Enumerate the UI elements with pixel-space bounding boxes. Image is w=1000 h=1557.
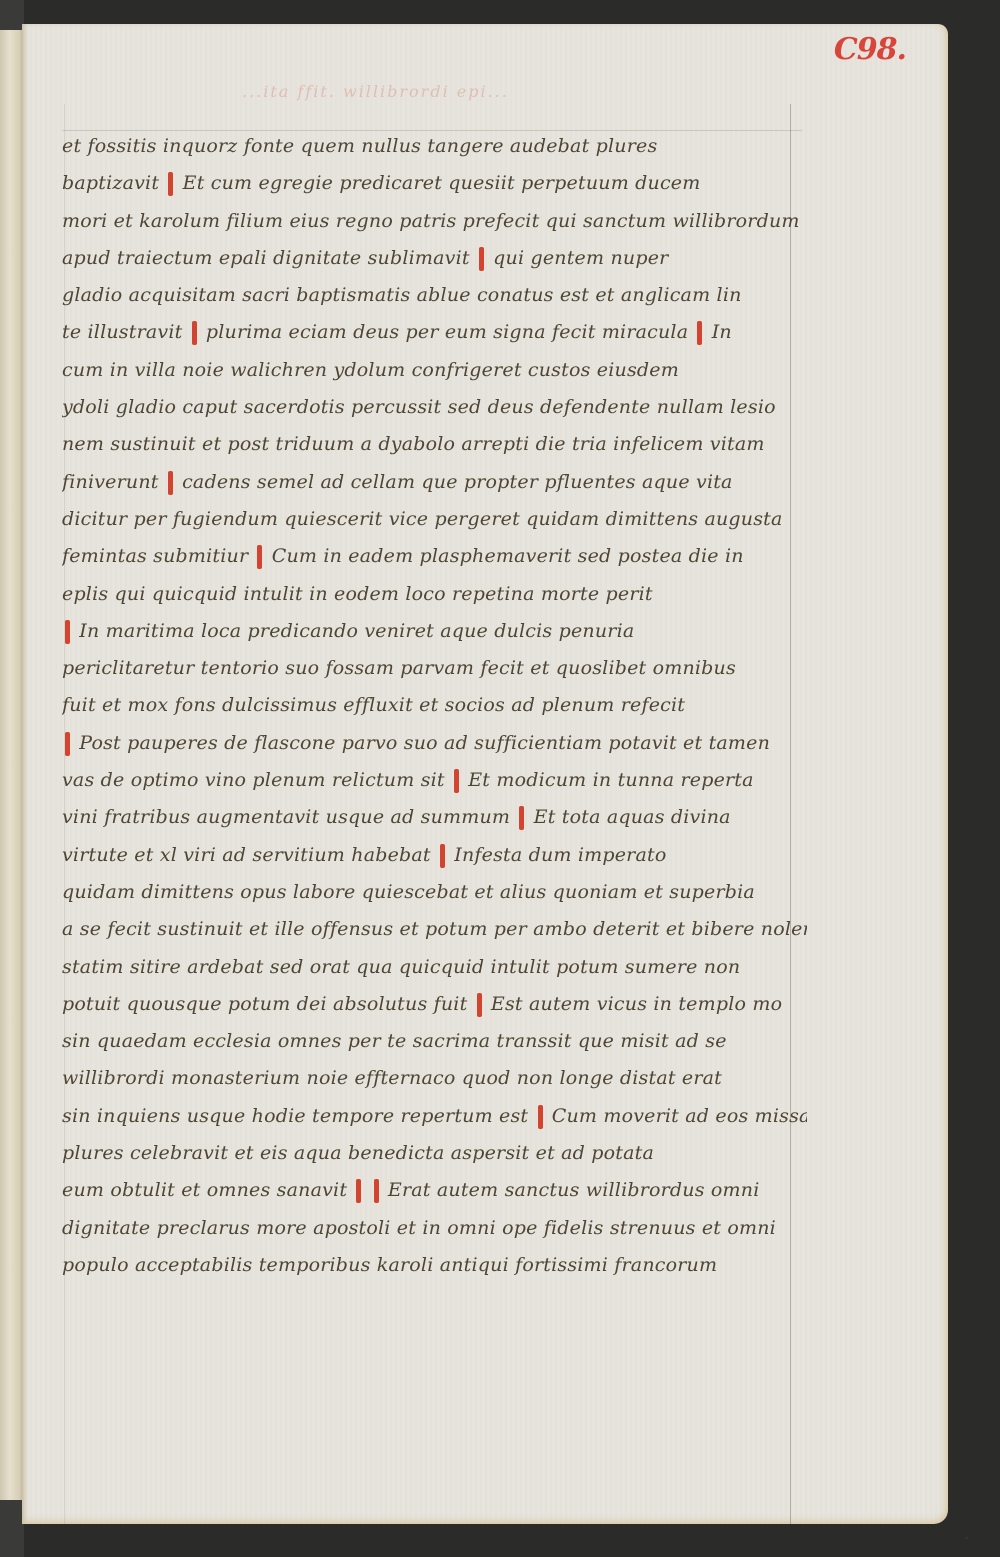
rubric-mark-icon — [192, 321, 197, 345]
rubric-mark-icon — [168, 471, 173, 495]
offset-bleed-text: ...ita ffit. willibrordi epi... — [242, 82, 509, 101]
manuscript-line: baptizavit Et cum egregie predicaret que… — [62, 165, 807, 202]
line-text: cadens semel ad cellam que propter pflue… — [176, 471, 733, 493]
manuscript-line: fuit et mox fons dulcissimus effluxit et… — [62, 687, 807, 724]
rubric-mark-icon — [538, 1105, 543, 1129]
manuscript-line: periclitaretur tentorio suo fossam parva… — [62, 650, 807, 687]
manuscript-line: dicitur per fugiendum quiescerit vice pe… — [62, 501, 807, 538]
line-text: te illustravit — [62, 321, 189, 343]
line-text: Et tota aquas divina — [527, 806, 730, 828]
rubric-mark-icon — [454, 769, 459, 793]
line-text: a se fecit sustinuit et ille offensus et… — [62, 918, 807, 940]
manuscript-line: ydoli gladio caput sacerdotis percussit … — [62, 389, 807, 426]
line-text: baptizavit — [62, 172, 165, 194]
manuscript-line: eplis qui quicquid intulit in eodem loco… — [62, 576, 807, 613]
binding-bottom-shadow — [0, 1500, 24, 1557]
line-text: In — [705, 321, 731, 343]
manuscript-line: gladio acquisitam sacri baptismatis ablu… — [62, 277, 807, 314]
line-text: Et cum egregie predicaret quesiit perpet… — [176, 172, 700, 194]
manuscript-line: et fossitis inquorz fonte quem nullus ta… — [62, 128, 807, 165]
binding-gutter — [0, 0, 24, 1557]
rubric-mark-icon — [356, 1179, 361, 1203]
manuscript-line: virtute et xl viri ad servitium habebat … — [62, 837, 807, 874]
line-text: apud traiectum epali dignitate sublimavi… — [62, 247, 476, 269]
manuscript-line: finiverunt cadens semel ad cellam que pr… — [62, 464, 807, 501]
text-block: et fossitis inquorz fonte quem nullus ta… — [62, 128, 807, 1284]
manuscript-line: Post pauperes de flascone parvo suo ad s… — [62, 725, 807, 762]
line-text: populo acceptabilis temporibus karoli an… — [62, 1254, 717, 1276]
line-text: Cum in eadem plasphemaverit sed postea d… — [265, 545, 743, 567]
manuscript-line: mori et karolum filium eius regno patris… — [62, 203, 807, 240]
manuscript-line: vini fratribus augmentavit usque ad summ… — [62, 799, 807, 836]
rubric-mark-icon — [479, 247, 484, 271]
line-text: statim sitire ardebat sed orat qua quicq… — [62, 956, 740, 978]
rubric-mark-icon — [477, 993, 482, 1017]
manuscript-line: a se fecit sustinuit et ille offensus et… — [62, 911, 807, 948]
line-text: Post pauperes de flascone parvo suo ad s… — [73, 732, 770, 754]
line-text: vini fratribus augmentavit usque ad summ… — [62, 806, 516, 828]
line-text: Cum moverit ad eos missas — [546, 1105, 807, 1127]
line-text: plures celebravit et eis aqua benedicta … — [62, 1142, 654, 1164]
manuscript-line: potuit quousque potum dei absolutus fuit… — [62, 986, 807, 1023]
rubric-mark-icon — [374, 1179, 379, 1203]
line-text: gladio acquisitam sacri baptismatis ablu… — [62, 284, 742, 306]
line-text: sin inquiens usque hodie tempore repertu… — [62, 1105, 535, 1127]
line-text — [364, 1179, 370, 1201]
line-text: dignitate preclarus more apostoli et in … — [62, 1217, 776, 1239]
manuscript-line: vas de optimo vino plenum relictum sit E… — [62, 762, 807, 799]
line-text: finiverunt — [62, 471, 165, 493]
line-text: Et modicum in tunna reperta — [462, 769, 754, 791]
manuscript-line: statim sitire ardebat sed orat qua quicq… — [62, 949, 807, 986]
manuscript-page: C98. ...ita ffit. willibrordi epi... et … — [22, 24, 948, 1524]
line-text: dicitur per fugiendum quiescerit vice pe… — [62, 508, 783, 530]
rubric-mark-icon — [697, 321, 702, 345]
rubric-mark-icon — [168, 172, 173, 196]
line-text: qui gentem nuper — [487, 247, 669, 269]
line-text: plurima eciam deus per eum signa fecit m… — [200, 321, 695, 343]
line-text: fuit et mox fons dulcissimus effluxit et… — [62, 694, 685, 716]
rubric-mark-icon — [440, 844, 445, 868]
line-text: nem sustinuit et post triduum a dyabolo … — [62, 433, 765, 455]
line-text: et fossitis inquorz fonte quem nullus ta… — [62, 135, 657, 157]
manuscript-line: dignitate preclarus more apostoli et in … — [62, 1210, 807, 1247]
corner-ink-mark: • — [964, 1534, 970, 1545]
manuscript-line: eum obtulit et omnes sanavit Erat autem … — [62, 1172, 807, 1209]
line-text: Est autem vicus in templo mo — [485, 993, 783, 1015]
manuscript-line: te illustravit plurima eciam deus per eu… — [62, 314, 807, 351]
line-text: potuit quousque potum dei absolutus fuit — [62, 993, 474, 1015]
manuscript-line: populo acceptabilis temporibus karoli an… — [62, 1247, 807, 1284]
rubric-mark-icon — [257, 545, 262, 569]
rubric-mark-icon — [519, 806, 524, 830]
line-text: eum obtulit et omnes sanavit — [62, 1179, 353, 1201]
line-text: mori et karolum filium eius regno patris… — [62, 210, 800, 232]
manuscript-line: femintas submitiur Cum in eadem plasphem… — [62, 538, 807, 575]
manuscript-line: In maritima loca predicando veniret aque… — [62, 613, 807, 650]
line-text: Erat autem sanctus willibrordus omni — [382, 1179, 760, 1201]
rubric-mark-icon — [65, 732, 70, 756]
manuscript-line: quidam dimittens opus labore quiescebat … — [62, 874, 807, 911]
line-text: Infesta dum imperato — [448, 844, 666, 866]
rubric-mark-icon — [65, 620, 70, 644]
line-text: vas de optimo vino plenum relictum sit — [62, 769, 451, 791]
line-text: periclitaretur tentorio suo fossam parva… — [62, 657, 736, 679]
manuscript-line: plures celebravit et eis aqua benedicta … — [62, 1135, 807, 1172]
manuscript-line: sin inquiens usque hodie tempore repertu… — [62, 1098, 807, 1135]
line-text: virtute et xl viri ad servitium habebat — [62, 844, 437, 866]
manuscript-line: apud traiectum epali dignitate sublimavi… — [62, 240, 807, 277]
manuscript-line: sin quaedam ecclesia omnes per te sacrim… — [62, 1023, 807, 1060]
line-text: In maritima loca predicando veniret aque… — [73, 620, 634, 642]
line-text: sin quaedam ecclesia omnes per te sacrim… — [62, 1030, 727, 1052]
line-text: cum in villa noie walichren ydolum confr… — [62, 359, 679, 381]
binding-top-shadow — [0, 0, 24, 30]
line-text: quidam dimittens opus labore quiescebat … — [62, 881, 755, 903]
manuscript-line: nem sustinuit et post triduum a dyabolo … — [62, 426, 807, 463]
line-text: ydoli gladio caput sacerdotis percussit … — [62, 396, 776, 418]
line-text: willibrordi monasterium noie effternaco … — [62, 1067, 722, 1089]
manuscript-line: cum in villa noie walichren ydolum confr… — [62, 352, 807, 389]
line-text: eplis qui quicquid intulit in eodem loco… — [62, 583, 653, 605]
folio-number: C98. — [834, 32, 906, 67]
line-text: femintas submitiur — [62, 545, 254, 567]
manuscript-line: willibrordi monasterium noie effternaco … — [62, 1060, 807, 1097]
